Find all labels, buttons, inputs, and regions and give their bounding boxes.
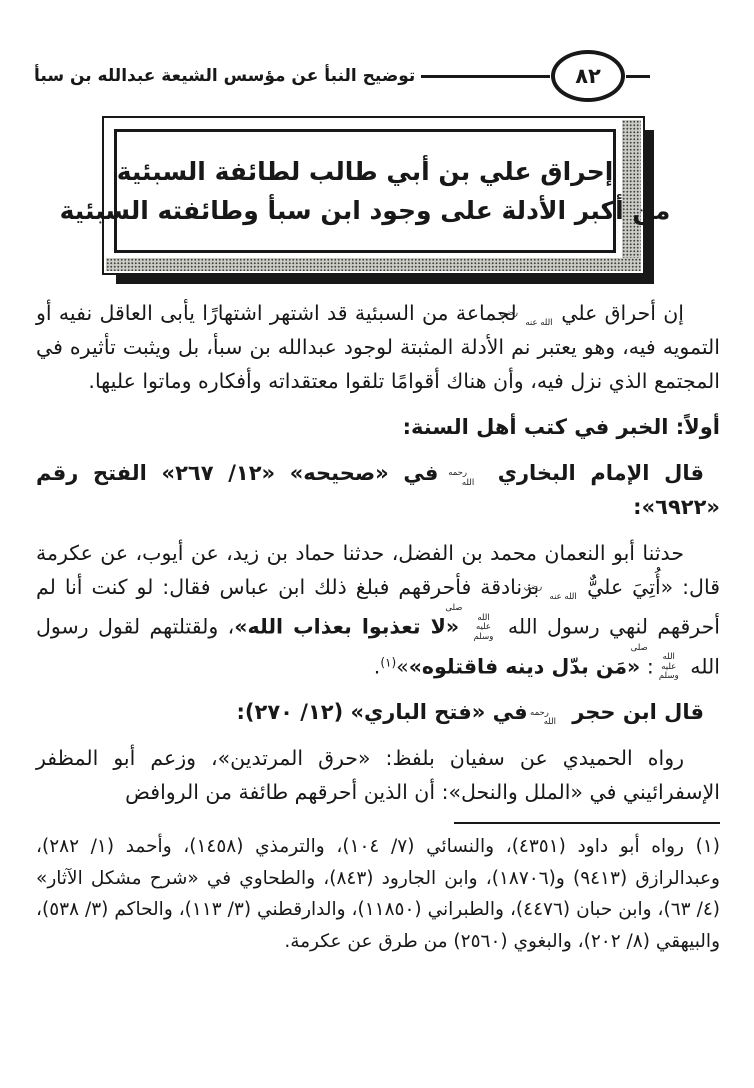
plaque-frame: إحراق علي بن أبي طالب لطائفة السبئية من … xyxy=(102,116,645,275)
plaque-title-line1: إحراق علي بن أبي طالب لطائفة السبئية xyxy=(117,156,614,187)
page-header: ٨٢ توضيح النبأ عن مؤسس الشيعة عبدالله بن… xyxy=(0,50,754,102)
footnote-text: (١) رواه أبو داود (٤٣٥١)، والنسائي (٧/ ١… xyxy=(36,831,720,957)
honorific-ligature: رحمه الله xyxy=(535,709,565,728)
honorific-ligature: صلى الله عليه وسلم xyxy=(469,604,499,642)
plaque-title-line2: من أكبر الأدلة على وجود ابن سبأ وطائفته … xyxy=(60,195,671,226)
header-rule xyxy=(421,75,550,78)
bukhari-heading: قال الإمام البخاري رحمه الله في «صحيحه» … xyxy=(36,456,720,524)
footnote-section: (١) رواه أبو داود (٤٣٥١)، والنسائي (٧/ ١… xyxy=(36,822,720,957)
footnote-divider xyxy=(454,822,720,824)
ibn-hajar-heading: قال ابن حجر رحمه الله في «فتح الباري» (١… xyxy=(36,695,720,729)
honorific-ligature: صلى الله عليه وسلم xyxy=(654,644,684,682)
ibn-hajar-paragraph: رواه الحميدي عن سفيان بلفظ: «حرق المرتدي… xyxy=(36,741,720,809)
book-page: ٨٢ توضيح النبأ عن مؤسس الشيعة عبدالله بن… xyxy=(0,0,754,1088)
page-number: ٨٢ xyxy=(575,66,601,87)
footnote-marker: (١) xyxy=(380,655,396,669)
section-heading-first: أولاً: الخبر في كتب أهل السنة: xyxy=(36,410,720,444)
plaque-bevel-bottom xyxy=(106,258,641,271)
plaque-panel: إحراق علي بن أبي طالب لطائفة السبئية من … xyxy=(114,129,616,253)
honorific-ligature: رضي الله عنه xyxy=(548,583,578,602)
header-book-title: توضيح النبأ عن مؤسس الشيعة عبدالله بن سب… xyxy=(34,66,415,86)
header-rule-stub xyxy=(626,75,650,78)
intro-paragraph: إن أحراق علي رضي الله عنه لجماعة من السب… xyxy=(36,296,720,398)
page-content: إن أحراق علي رضي الله عنه لجماعة من السب… xyxy=(36,296,720,809)
title-plaque: إحراق علي بن أبي طالب لطائفة السبئية من … xyxy=(102,116,654,284)
plaque-shadow-bottom xyxy=(116,275,654,284)
hadith-paragraph: حدثنا أبو النعمان محمد بن الفضل، حدثنا ح… xyxy=(36,536,720,683)
honorific-ligature: رحمه الله xyxy=(453,469,483,488)
page-number-badge: ٨٢ xyxy=(551,50,625,102)
honorific-ligature: رضي الله عنه xyxy=(524,309,554,328)
